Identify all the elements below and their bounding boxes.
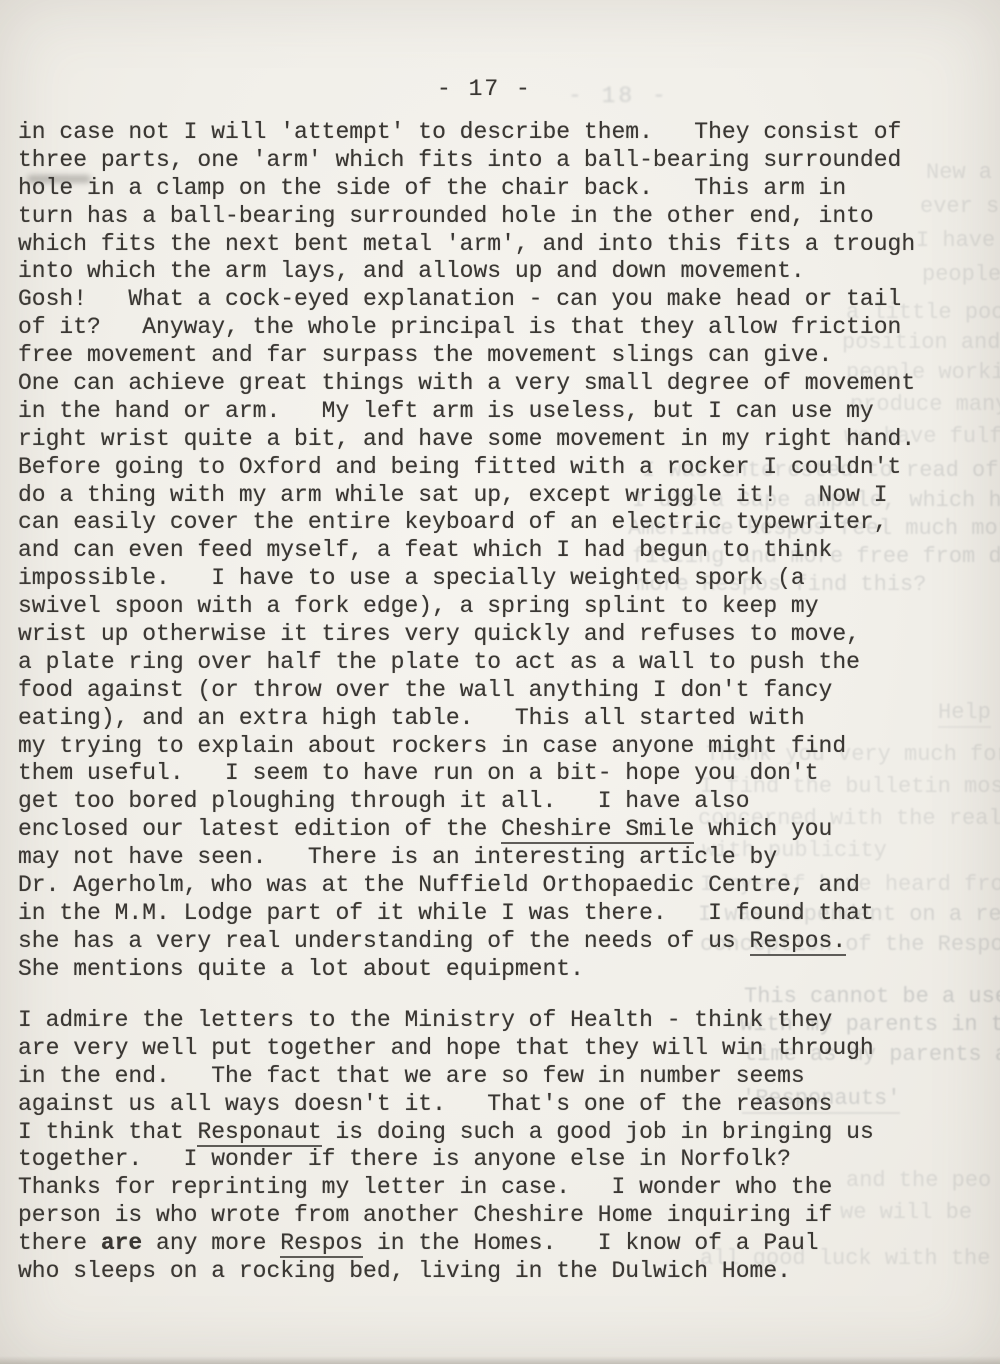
ghost-page-number: - 18 - (568, 83, 669, 109)
text-line: there are any more Respos in the Homes. … (18, 1230, 874, 1258)
text-line: my trying to explain about rockers in ca… (18, 733, 915, 761)
text-line: wrist up otherwise it tires very quickly… (18, 621, 915, 649)
text-segment: hole in a clamp on the side of the chair… (18, 175, 846, 201)
bold-text: are (101, 1230, 142, 1256)
text-line: She mentions quite a lot about equipment… (18, 956, 915, 984)
text-segment: against us all ways doesn't it. That's o… (18, 1091, 832, 1117)
text-segment: any more (142, 1230, 280, 1256)
ghost-text: New a (926, 160, 992, 186)
paragraph-ministry-letters: I admire the letters to the Ministry of … (18, 1007, 874, 1286)
text-segment: them useful. I seem to have run on a bit… (18, 760, 819, 786)
text-segment: together. I wonder if there is anyone el… (18, 1146, 791, 1172)
text-segment: in the M.M. Lodge part of it while I was… (18, 900, 874, 926)
text-segment: Before going to Oxford and being fitted … (18, 454, 901, 480)
text-segment: three parts, one 'arm' which fits into a… (18, 147, 901, 173)
text-line: free movement and far surpass the moveme… (18, 342, 915, 370)
page-number: - 17 - (437, 76, 532, 102)
text-segment: turn has a ball-bearing surrounded hole … (18, 203, 874, 229)
text-segment: eating), and an extra high table. This a… (18, 705, 805, 731)
text-segment: person is who wrote from another Cheshir… (18, 1202, 832, 1228)
text-segment: right wrist quite a bit, and have some m… (18, 426, 915, 452)
text-line: three parts, one 'arm' which fits into a… (18, 147, 915, 175)
text-line: in the hand or arm. My left arm is usele… (18, 398, 915, 426)
text-segment: swivel spoon with a fork edge), a spring… (18, 593, 819, 619)
text-segment: in case not I will 'attempt' to describe… (18, 119, 901, 145)
text-line: them useful. I seem to have run on a bit… (18, 760, 915, 788)
text-line: One can achieve great things with a very… (18, 370, 915, 398)
text-line: I think that Responaut is doing such a g… (18, 1119, 874, 1147)
text-line: she has a very real understanding of the… (18, 928, 915, 956)
text-segment: I admire the letters to the Ministry of … (18, 1007, 832, 1033)
text-line: swivel spoon with a fork edge), a spring… (18, 593, 915, 621)
text-segment: impossible. I have to use a specially we… (18, 565, 805, 591)
text-segment: She mentions quite a lot about equipment… (18, 956, 584, 982)
text-segment: she has a very real understanding of the… (18, 928, 750, 954)
scanned-document-page: New aever sI havepeoplea little pockepos… (0, 0, 1000, 1364)
text-line: person is who wrote from another Cheshir… (18, 1202, 874, 1230)
ghost-text: people (922, 262, 1000, 288)
text-segment: there (18, 1230, 101, 1256)
text-segment: and can even feed myself, a feat which I… (18, 537, 832, 563)
ghost-text: ever s (920, 194, 999, 220)
text-segment: Dr. Agerholm, who was at the Nuffield Or… (18, 872, 860, 898)
text-segment: food against (or throw over the wall any… (18, 677, 832, 703)
text-segment: which fits the next bent metal 'arm', an… (18, 231, 915, 257)
text-segment: enclosed our latest edition of the (18, 816, 501, 842)
text-line: against us all ways doesn't it. That's o… (18, 1091, 874, 1119)
text-segment: wrist up otherwise it tires very quickly… (18, 621, 860, 647)
text-segment: are very well put together and hope that… (18, 1035, 874, 1061)
text-line: a plate ring over half the plate to act … (18, 649, 915, 677)
text-line: are very well put together and hope that… (18, 1035, 874, 1063)
text-line: of it? Anyway, the whole principal is th… (18, 314, 915, 342)
text-line: Gosh! What a cock-eyed explanation - can… (18, 286, 915, 314)
text-segment: into which the arm lays, and allows up a… (18, 258, 805, 284)
text-segment: I think that (18, 1119, 197, 1145)
text-segment: do a thing with my arm while sat up, exc… (18, 482, 888, 508)
text-segment: a plate ring over half the plate to act … (18, 649, 860, 675)
text-line: into which the arm lays, and allows up a… (18, 258, 915, 286)
text-line: food against (or throw over the wall any… (18, 677, 915, 705)
text-line: together. I wonder if there is anyone el… (18, 1146, 874, 1174)
underlined-text: Responaut (197, 1119, 321, 1147)
text-line: enclosed our latest edition of the Chesh… (18, 816, 915, 844)
text-line: Thanks for reprinting my letter in case.… (18, 1174, 874, 1202)
text-segment: is doing such a good job in bringing us (322, 1119, 874, 1145)
text-segment: in the hand or arm. My left arm is usele… (18, 398, 874, 424)
text-line: can easily cover the entire keyboard of … (18, 509, 915, 537)
text-line: and can even feed myself, a feat which I… (18, 537, 915, 565)
text-segment: may not have seen. There is an interesti… (18, 844, 777, 870)
text-line: which fits the next bent metal 'arm', an… (18, 231, 915, 259)
text-line: do a thing with my arm while sat up, exc… (18, 482, 915, 510)
text-line: in case not I will 'attempt' to describe… (18, 119, 915, 147)
text-line: I admire the letters to the Ministry of … (18, 1007, 874, 1035)
text-segment: in the Homes. I know of a Paul (363, 1230, 818, 1256)
text-segment: my trying to explain about rockers in ca… (18, 733, 846, 759)
text-line: in the end. The fact that we are so few … (18, 1063, 874, 1091)
underlined-text: Respos (280, 1230, 363, 1258)
underlined-text: Respos. (750, 928, 847, 956)
text-line: hole in a clamp on the side of the chair… (18, 175, 915, 203)
text-segment: in the end. The fact that we are so few … (18, 1063, 805, 1089)
text-line: right wrist quite a bit, and have some m… (18, 426, 915, 454)
text-segment: get too bored ploughing through it all. … (18, 788, 750, 814)
text-line: in the M.M. Lodge part of it while I was… (18, 900, 915, 928)
text-segment: One can achieve great things with a very… (18, 370, 915, 396)
text-line: eating), and an extra high table. This a… (18, 705, 915, 733)
text-segment: Thanks for reprinting my letter in case.… (18, 1174, 832, 1200)
text-segment: can easily cover the entire keyboard of … (18, 509, 888, 535)
ghost-text: I have (916, 228, 995, 254)
text-line: Before going to Oxford and being fitted … (18, 454, 915, 482)
text-segment: of it? Anyway, the whole principal is th… (18, 314, 901, 340)
paragraph-rockers: in case not I will 'attempt' to describe… (18, 119, 915, 984)
underlined-text: Cheshire Smile (501, 816, 694, 844)
text-line: Dr. Agerholm, who was at the Nuffield Or… (18, 872, 915, 900)
text-line: impossible. I have to use a specially we… (18, 565, 915, 593)
text-segment: who sleeps on a rocking bed, living in t… (18, 1258, 791, 1284)
text-line: may not have seen. There is an interesti… (18, 844, 915, 872)
text-segment: which you (694, 816, 832, 842)
text-line: who sleeps on a rocking bed, living in t… (18, 1258, 874, 1286)
text-segment: Gosh! What a cock-eyed explanation - can… (18, 286, 901, 312)
text-line: get too bored ploughing through it all. … (18, 788, 915, 816)
text-segment: free movement and far surpass the moveme… (18, 342, 832, 368)
text-line: turn has a ball-bearing surrounded hole … (18, 203, 915, 231)
ghost-text: Help (938, 700, 991, 728)
